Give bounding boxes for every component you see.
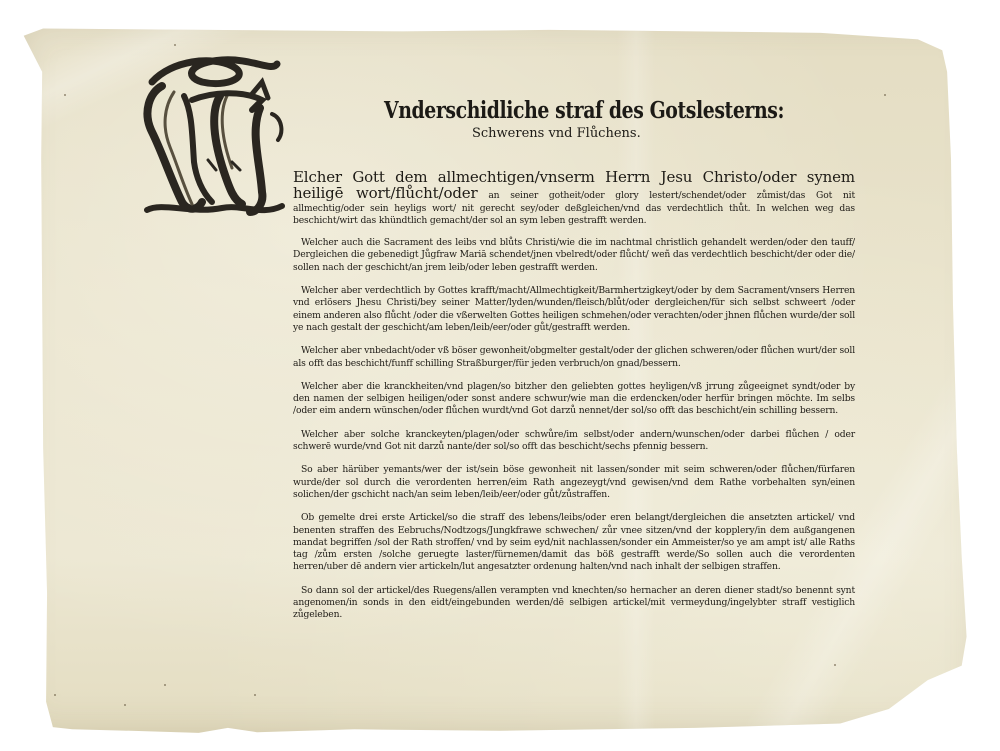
paragraph-4: Welcher aber vnbedacht/oder vß böser gew… xyxy=(293,345,855,370)
paragraph-9: So dann sol der artickel/des Ruegens/all… xyxy=(293,585,855,622)
document-body: Elcher Gott dem allmechtigen/vnserm Herr… xyxy=(293,170,855,633)
paragraph-7: So aber härüber yemants/wer der ist/sein… xyxy=(293,464,855,501)
paragraph-5: Welcher aber die kranckheiten/vnd plagen… xyxy=(293,381,855,418)
document-title: Vnderschidliche straf des Gotslesterns: xyxy=(384,97,778,125)
page-stage: Vnderschidliche straf des Gotslesterns: … xyxy=(0,0,1000,751)
paragraph-8: Ob gemelte drei erste Artickel/so die st… xyxy=(293,512,855,573)
decorated-initial-w-icon xyxy=(132,52,302,222)
paragraph-6: Welcher aber solche kranckeyten/plagen/o… xyxy=(293,429,855,454)
paragraph-2: Welcher auch die Sacrament des leibs vnd… xyxy=(293,237,855,274)
title-block: Vnderschidliche straf des Gotslesterns: … xyxy=(384,97,864,143)
paragraph-1: Elcher Gott dem allmechtigen/vnserm Herr… xyxy=(293,170,855,227)
document-subtitle: Schwerens vnd Flůchens. xyxy=(472,125,864,143)
paragraph-3: Welcher aber verdechtlich by Gottes kraf… xyxy=(293,285,855,334)
